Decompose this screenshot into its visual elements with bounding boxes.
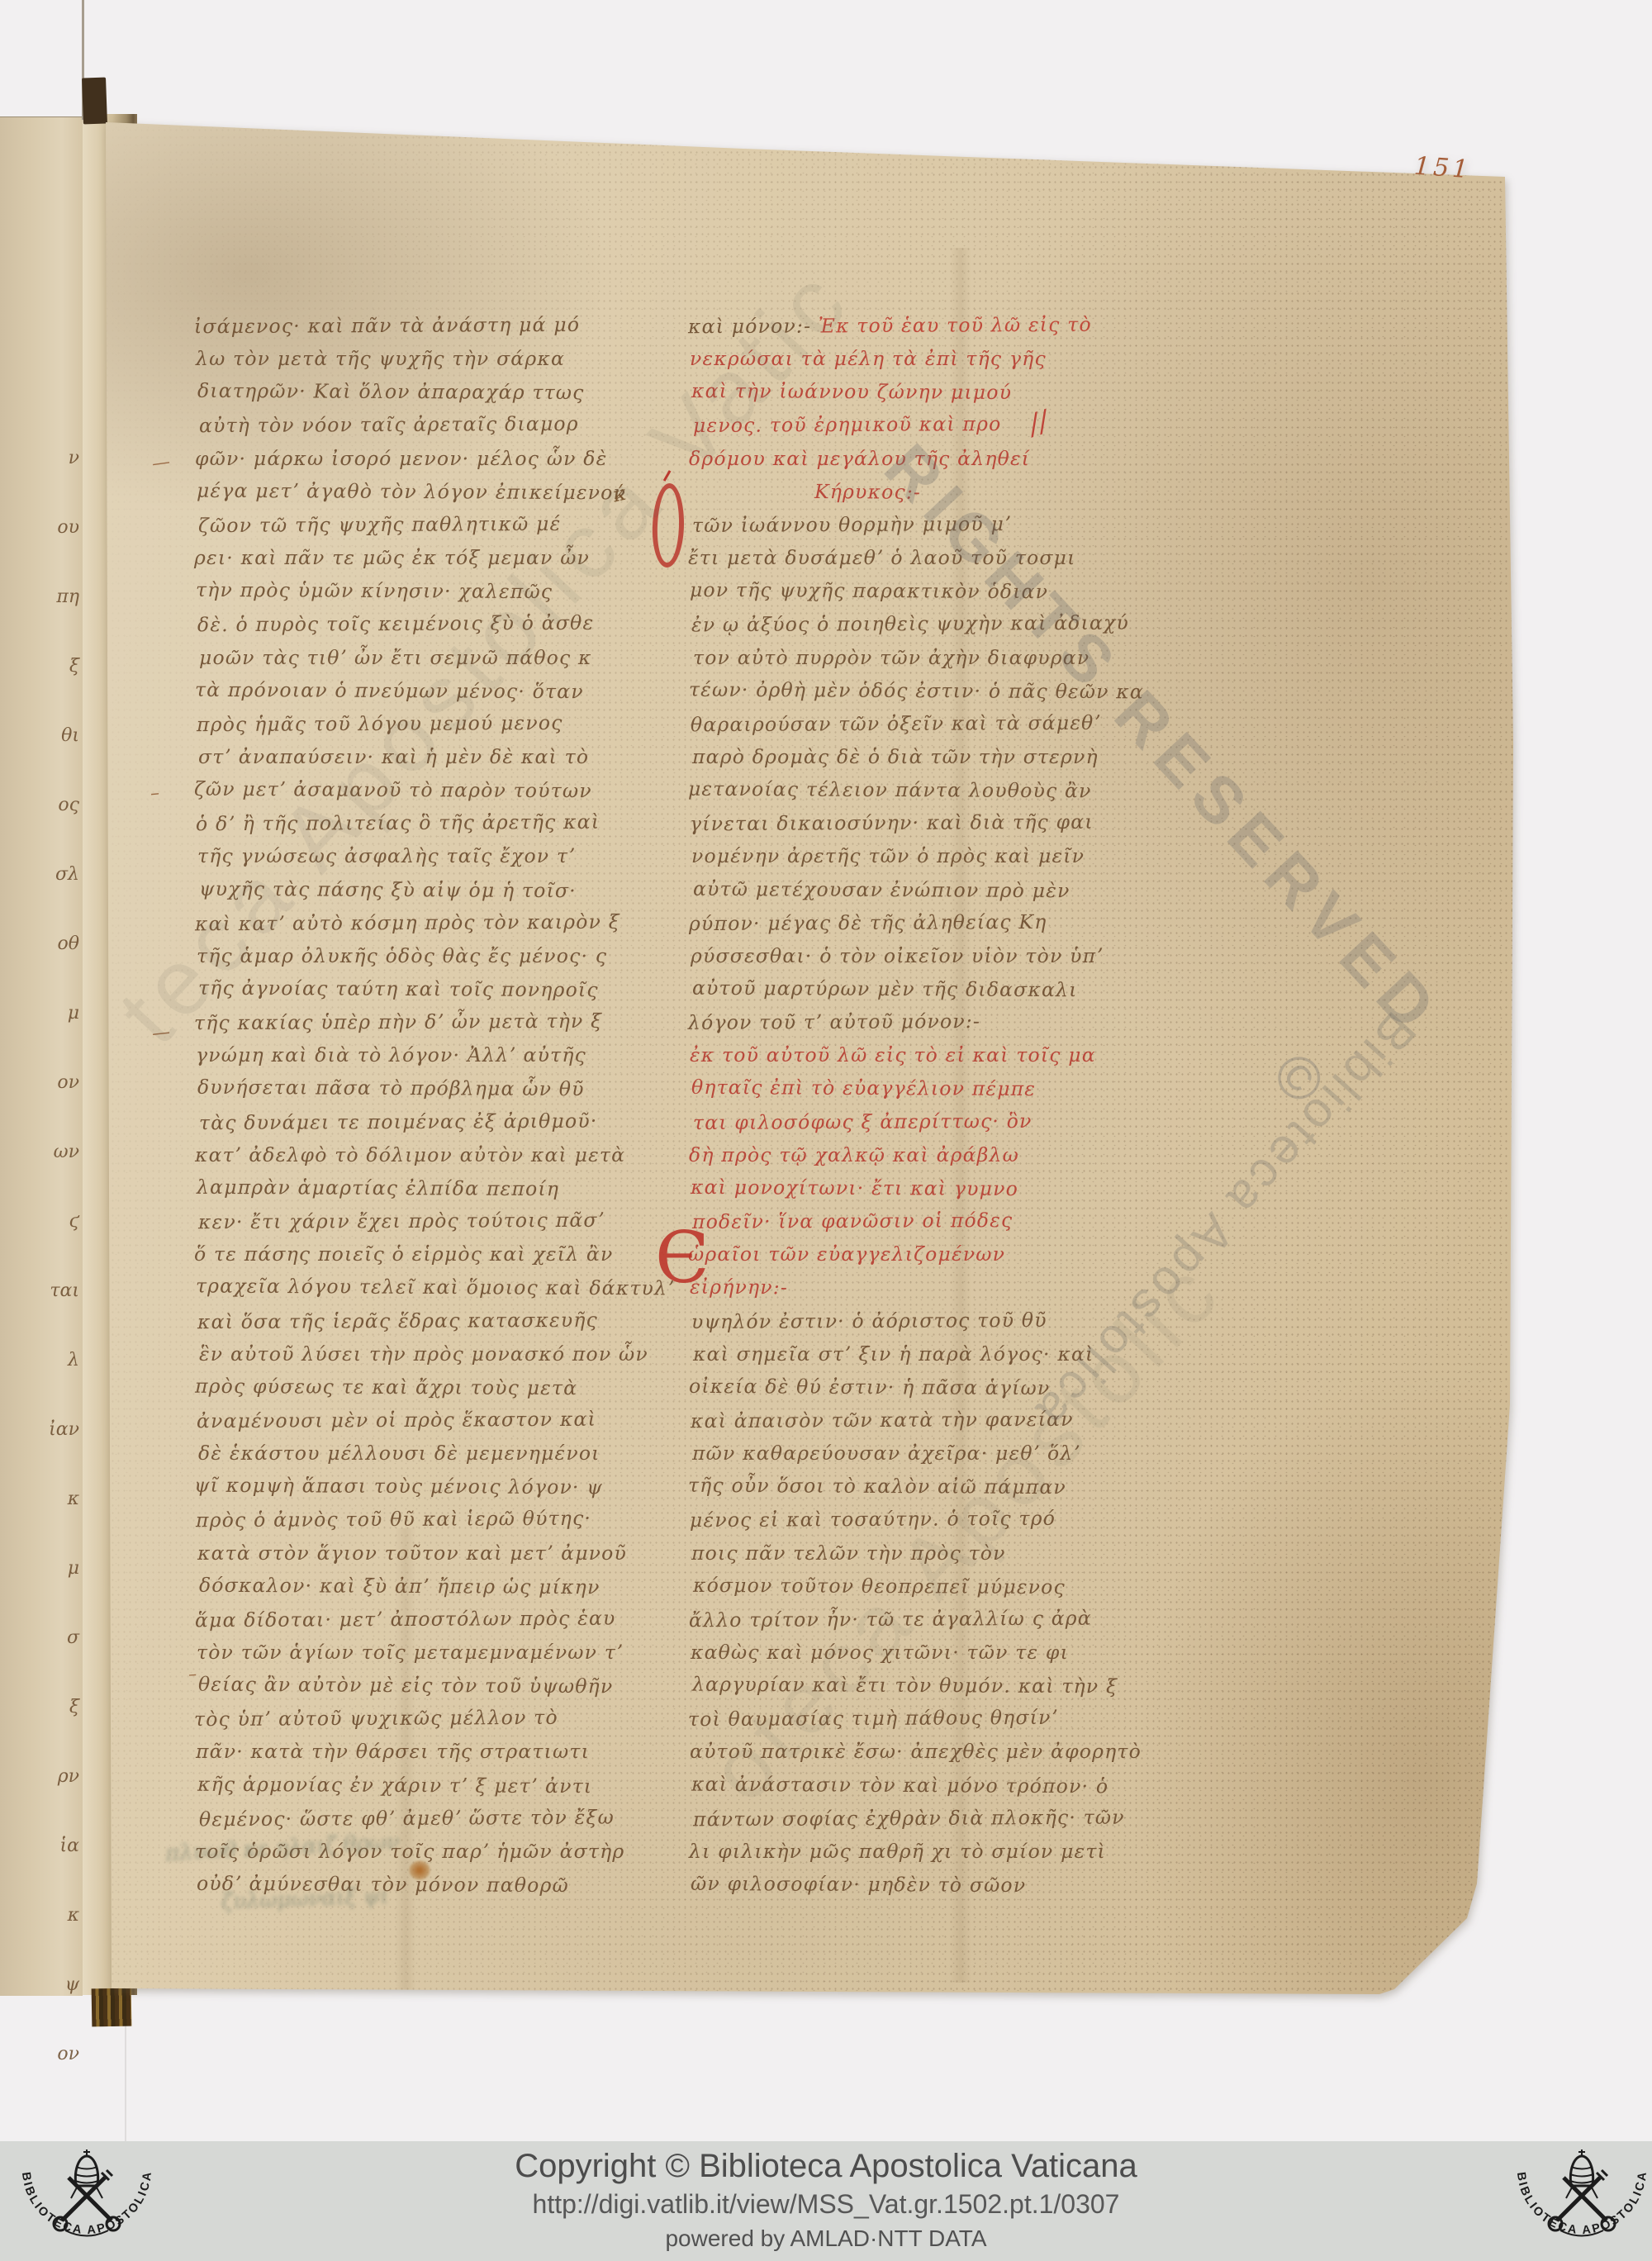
manuscript-line: παρὸ δρομὰς δὲ ὁ διὰ τῶν τὴν στερνὴ <box>692 745 1099 768</box>
manuscript-line: κεν· ἔτι χάριν ἔχει πρὸς τούτοις πᾶσʼ <box>198 1209 605 1234</box>
margin-mark: – <box>150 783 160 805</box>
manuscript-photo: νουπηξθιοςσλοθμονωνϛταιλἰανκμσξρνἱακψον … <box>0 0 1652 2141</box>
manuscript-line: λόγον τοῦ τʼ αὐτοῦ μόνον:- <box>688 1009 980 1034</box>
copyright-text: Copyright © Biblioteca Apostolica Vatica… <box>0 2148 1652 2185</box>
manuscript-line: κατʼ ἀδελφὸ τὸ δόλιμον αὐτὸν καὶ μετὰ <box>195 1143 625 1166</box>
manuscript-line: κατὰ στὸν ἅγιον τοῦτον καὶ μετʼ ἀμνοῦ <box>197 1541 627 1565</box>
manuscript-line: ῶν φιλοσοφίαν· μηδὲν τὸ σῶον <box>691 1872 1026 1897</box>
manuscript-line: καὶ μονοχίτωνι· ἔτι καὶ γυμνο <box>691 1176 1018 1200</box>
manuscript-line: θεμένος· ὥστε φθʼ ἀμεθʼ ὥστε τὸν ἔξω <box>199 1805 615 1831</box>
manuscript-line: υψηλόν ἐστιν· ὁ ἀόριστος τοῦ θῦ <box>691 1308 1047 1332</box>
folio-number: 151 <box>1413 152 1473 185</box>
digitized-manuscript-viewer: νουπηξθιοςσλοθμονωνϛταιλἰανκμσξρνἱακψον … <box>0 0 1652 2261</box>
manuscript-line: ζῶον τῶ τῆς ψυχῆς παθλητικῶ μέ <box>198 512 562 537</box>
vatican-library-seal-left: BIBLIOTECA APOSTOLICA VATICANA <box>4 2145 169 2260</box>
manuscript-line: θηταῖς ἐπὶ τὸ εὐαγγέλιον πέμπε <box>691 1076 1036 1100</box>
ink-stain <box>409 1860 430 1880</box>
manuscript-line: καὶ σημεῖα στʼ ξιν ἡ παρὰ λόγος· καὶ <box>693 1342 1094 1366</box>
manuscript-line: πρὸς ὁ ἀμνὸς τοῦ θῦ καὶ ἱερῶ θύτης· <box>196 1507 591 1532</box>
manuscript-line: τῆς ἀγνοίας ταύτη καὶ τοῖς πονηροῖς <box>198 976 599 1002</box>
manuscript-line: τὸς ὑπʼ αὐτοῦ ψυχικῶς μέλλον τὸ <box>194 1706 558 1731</box>
manuscript-line: νομένην ἀρετῆς τῶν ὁ πρὸς καὶ μεῖν <box>691 844 1085 867</box>
vatican-library-seal-right: BIBLIOTECA APOSTOLICA VATICANA <box>1499 2145 1652 2260</box>
manuscript-line: καὶ ὅσα τῆς ἱερᾶς ἕδρας κατασκευῆς <box>197 1308 598 1333</box>
manuscript-line: οἰκεία δὲ θύ ἐστιν· ἡ πᾶσα ἁγίων <box>689 1375 1051 1399</box>
manuscript-line: μετανοίας τέλειον πάντα λουθοὺς ἂν <box>688 777 1092 803</box>
manuscript-line: πρὸς φύσεως τε καὶ ἄχρι τοὺς μετὰ <box>195 1375 577 1399</box>
manuscript-line: πᾶν· κατὰ τὴν θάρσει τῆς στρατιωτι <box>196 1740 590 1763</box>
footer-bar: Copyright © Biblioteca Apostolica Vatica… <box>0 2141 1652 2261</box>
manuscript-line: ται φιλοσόφως ξ ἀπερίττως· ὃν <box>693 1109 1032 1134</box>
manuscript-line: ρύπον· μέγας δὲ τῆς ἀληθείας Κη <box>689 910 1047 935</box>
manuscript-line: ποδεῖν· ἵνα φανῶσιν οἱ πόδες <box>692 1209 1014 1233</box>
manuscript-line: κῆς ἁρμονίας ἐν χάριν τʼ ξ μετʼ ἀντι <box>197 1772 592 1798</box>
manuscript-line: δυνήσεται πᾶσα τὸ πρόβλημα ὧν θῦ <box>197 1076 585 1100</box>
manuscript-line: ἓν αὐτοῦ λύσει τὴν πρὸς μονασκό πον ὧν <box>199 1342 648 1366</box>
manuscript-line: θείας ἂν αὐτὸν μὲ εἰς τὸν τοῦ ὑψωθῆν <box>198 1673 614 1698</box>
manuscript-line: θαραιρούσαν τῶν ὀξεῖν καὶ τὰ σάμεθʼ <box>691 710 1101 736</box>
powered-by-text: powered by AMLAD·NTT DATA <box>0 2225 1652 2252</box>
manuscript-line: λι φιλικὴν μῶς παθρῆ χι τὸ σμίον μετὶ <box>689 1840 1106 1863</box>
manuscript-line: τὰς δυνάμει τε ποιμένας ἐξ ἀριθμοῦ· <box>199 1109 598 1134</box>
manuscript-line: γίνεται δικαιοσύνην· καὶ διὰ τῆς φαι <box>690 810 1094 836</box>
manuscript-line: δόσκαλον· καὶ ξὺ ἀπʼ ἤπειρ ὡς μίκην <box>199 1573 601 1598</box>
manuscript-line: τὸν τῶν ἁγίων τοῖς μεταμεμναμένων τʼ <box>197 1641 624 1664</box>
manuscript-line: λω τὸν μετὰ τῆς ψυχῆς τὴν σάρκα <box>196 347 565 370</box>
manuscript-line: δὲ ἑκάστου μέλλουσι δὲ μεμενημένοι <box>198 1442 601 1465</box>
manuscript-line: γνώμη καὶ διὰ τὸ λόγον· Ἀλλʼ αὐτῆς <box>196 1043 586 1066</box>
manuscript-line: λαμπρὰν ἁμαρτίας ἐλπίδα πεποίη <box>197 1176 559 1200</box>
manuscript-line: φῶν· μάρκω ἰσορό μενον· μέλος ὧν δὲ <box>195 447 607 470</box>
manuscript-line: δὴ πρὸς τῷ χαλκῷ καὶ ἀράβλω <box>689 1143 1019 1166</box>
manuscript-line: ἅμα δίδοται· μετʼ ἀποστόλων πρὸς ἑαυ <box>195 1607 616 1632</box>
source-url: http://digi.vatlib.it/view/MSS_Vat.gr.15… <box>0 2189 1652 2220</box>
margin-mark: – <box>188 1664 197 1684</box>
manuscript-line: ἀναμένουσι μὲν οἱ πρὸς ἕκαστον καὶ <box>197 1408 596 1433</box>
manuscript-line: τῆς κακίας ὑπὲρ πὴν δʼ ὦν μετὰ τὴν ξ <box>194 1009 602 1035</box>
manuscript-line: ὡραῖοι τῶν εὐαγγελιζομένων <box>688 1242 1005 1266</box>
manuscript-line: διατηρῶν· Καὶ ὅλον ἀπαραχάρ ττως <box>197 379 585 404</box>
manuscript-line: ἰσάμενος· καὶ πᾶν τὰ ἀνάστη μά μό <box>194 313 580 338</box>
drop-cap-epsilon: Є <box>655 1221 710 1295</box>
manuscript-line: ψῖ κομψὴ ἅπασι τοὺς μένοις λόγον· ψ <box>194 1474 603 1499</box>
manuscript-line: ἐκ τοῦ αὐτοῦ λῶ εἰς τὸ εἰ καὶ τοῖς μα <box>690 1043 1096 1066</box>
manuscript-line: αὐτοῦ μαρτύρων μὲν τῆς διδασκαλι <box>692 976 1078 1001</box>
manuscript-line: ὅ τε πάσης ποιεῖς ὁ εἱρμὸς καὶ χεῖλ ἂν <box>194 1242 614 1266</box>
manuscript-line: τραχεῖα λόγου τελεῖ καὶ ὅμοιος καὶ δάκτυ… <box>196 1275 675 1300</box>
manuscript-line: ρύσσεσθαι· ὁ τὸν οἰκεῖον υἱὸν τὸν ὑπʼ <box>691 944 1104 967</box>
manuscript-line: αὐτῶ μετέχουσαν ἐνώπιον πρὸ μὲν <box>693 876 1070 901</box>
margin-mark: — <box>150 452 171 475</box>
manuscript-line: αὐτὴ τὸν νόον ταῖς ἀρεταῖς διαμορ <box>199 412 579 437</box>
